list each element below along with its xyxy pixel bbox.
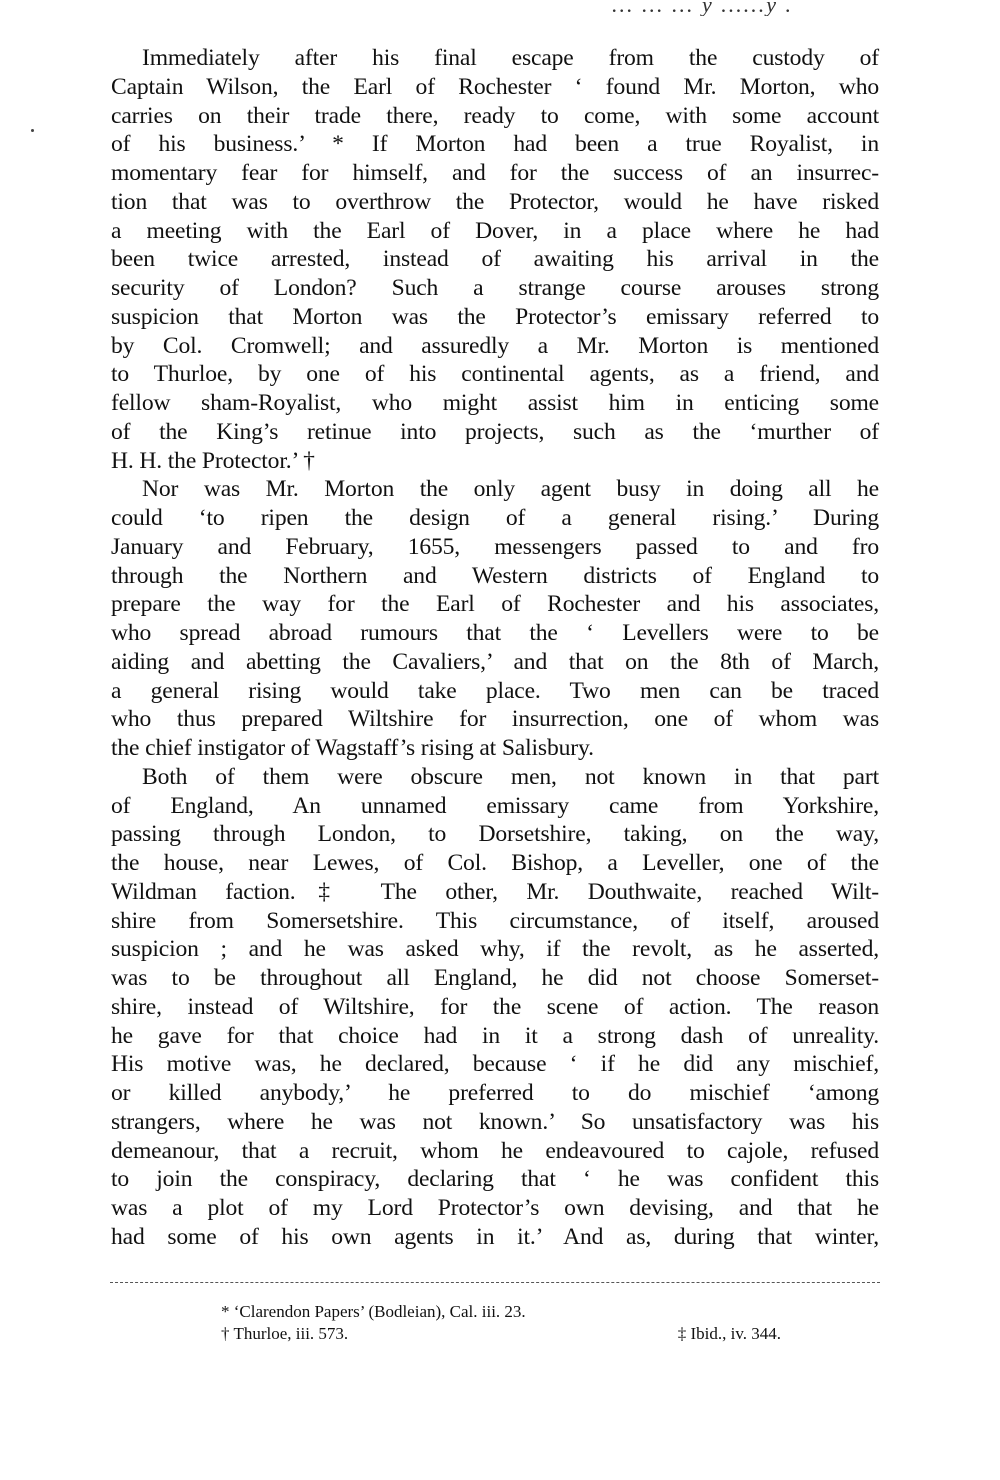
- text-line: by Col. Cromwell; and assuredly a Mr. Mo…: [111, 332, 879, 361]
- text-line: Immediately after his final escape from …: [111, 44, 879, 73]
- footnote-dagger: † Thurloe, iii. 573.: [221, 1323, 348, 1345]
- text-line: tion that was to overthrow the Protector…: [111, 188, 879, 217]
- running-head: ... ... ... y ......y .: [612, 0, 882, 16]
- text-line: shire, instead of Wiltshire, for the sce…: [111, 993, 879, 1022]
- text-line: shire from Somersetshire. This circumsta…: [111, 907, 879, 936]
- text-line: momentary fear for himself, and for the …: [111, 159, 879, 188]
- text-line: strangers, where he was not known.’ So u…: [111, 1108, 879, 1137]
- text-line: H. H. the Protector.’ †: [111, 447, 879, 476]
- text-line: January and February, 1655, messengers p…: [111, 533, 879, 562]
- text-line: suspicion that Morton was the Protector’…: [111, 303, 879, 332]
- text-line: he gave for that choice had in it a stro…: [111, 1022, 879, 1051]
- text-line: His motive was, he declared, because ‘ i…: [111, 1050, 879, 1079]
- text-line: who spread abroad rumours that the ‘ Lev…: [111, 619, 879, 648]
- text-line: a meeting with the Earl of Dover, in a p…: [111, 217, 879, 246]
- text-line: Wildman faction.‡ The other, Mr. Douthwa…: [111, 878, 879, 907]
- paragraph-1: Immediately after his final escape from …: [111, 44, 879, 475]
- text-line: the chief instigator of Wagstaff’s risin…: [111, 734, 879, 763]
- text-line: Captain Wilson, the Earl of Rochester ‘ …: [111, 73, 879, 102]
- text-line: or killed anybody,’ he preferred to do m…: [111, 1079, 879, 1108]
- text-line: who thus prepared Wiltshire for insurrec…: [111, 705, 879, 734]
- text-line: passing through London, to Dorsetshire, …: [111, 820, 879, 849]
- text-line: through the Northern and Western distric…: [111, 562, 879, 591]
- text-line: had some of his own agents in it.’ And a…: [111, 1223, 879, 1252]
- text-line: fellow sham-Royalist, who might assist h…: [111, 389, 879, 418]
- footnote-asterisk: * ‘Clarendon Papers’ (Bodleian), Cal. ii…: [221, 1301, 526, 1323]
- text-line: been twice arrested, instead of awaiting…: [111, 245, 879, 274]
- text-line: demeanour, that a recruit, whom he endea…: [111, 1137, 879, 1166]
- text-line: carries on their trade there, ready to c…: [111, 102, 879, 131]
- text-line: could ‘to ripen the design of a general …: [111, 504, 879, 533]
- text-line: security of London? Such a strange cours…: [111, 274, 879, 303]
- text-line: to join the conspiracy, declaring that ‘…: [111, 1165, 879, 1194]
- text-line: a general rising would take place. Two m…: [111, 677, 879, 706]
- paragraph-3: Both of them were obscure men, not known…: [111, 763, 879, 1252]
- text-line: of England, An unnamed emissary came fro…: [111, 792, 879, 821]
- text-line: prepare the way for the Earl of Rocheste…: [111, 590, 879, 619]
- footnote-double-dagger: ‡ Ibid., iv. 344.: [678, 1323, 781, 1345]
- text-line: of the King’s retinue into projects, suc…: [111, 418, 879, 447]
- footnote-divider: [110, 1282, 880, 1283]
- footnote-row: * ‘Clarendon Papers’ (Bodleian), Cal. ii…: [221, 1301, 781, 1323]
- paragraph-2: Nor was Mr. Morton the only agent busy i…: [111, 475, 879, 763]
- text-line: was a plot of my Lord Protector’s own de…: [111, 1194, 879, 1223]
- text-line: was to be throughout all England, he did…: [111, 964, 879, 993]
- footnote-row: † Thurloe, iii. 573. ‡ Ibid., iv. 344.: [221, 1323, 781, 1345]
- text-line: Nor was Mr. Morton the only agent busy i…: [111, 475, 879, 504]
- body-text: Immediately after his final escape from …: [111, 44, 879, 1252]
- text-line: Both of them were obscure men, not known…: [111, 763, 879, 792]
- margin-mark: [31, 129, 34, 132]
- text-line: aiding and abetting the Cavaliers,’ and …: [111, 648, 879, 677]
- text-line: of his business.’ * If Morton had been a…: [111, 130, 879, 159]
- text-line: the house, near Lewes, of Col. Bishop, a…: [111, 849, 879, 878]
- text-line: suspicion ; and he was asked why, if the…: [111, 935, 879, 964]
- text-line: to Thurloe, by one of his continental ag…: [111, 360, 879, 389]
- footnotes: * ‘Clarendon Papers’ (Bodleian), Cal. ii…: [221, 1301, 781, 1345]
